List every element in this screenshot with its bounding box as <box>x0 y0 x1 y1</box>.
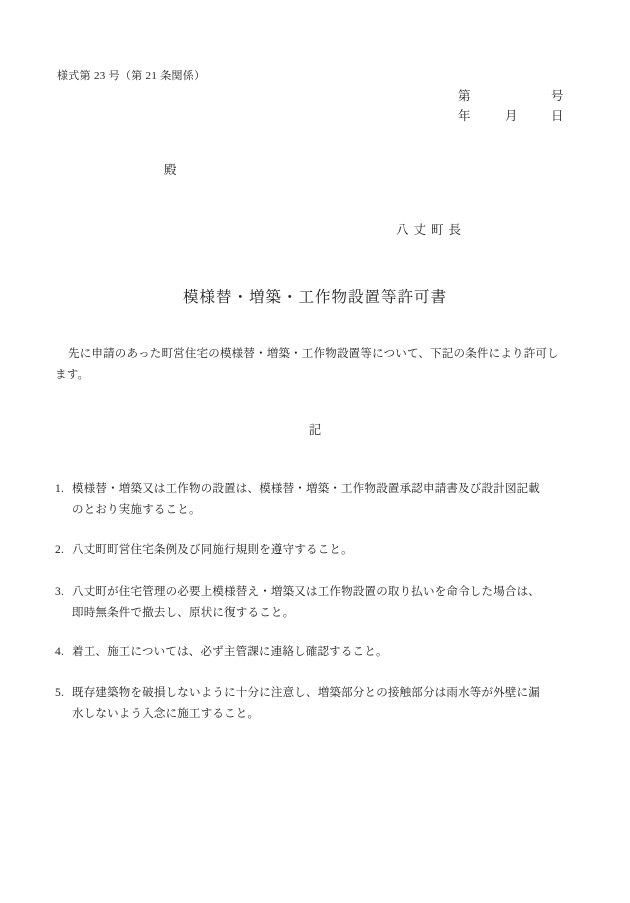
document-number-suffix: 号 <box>551 86 564 104</box>
record-marker: 記 <box>0 420 630 438</box>
form-number: 様式第 23 号（第 21 条関係） <box>57 67 205 83</box>
condition-item-1: 1. 模様替・増築又は工作物の設置は、模様替・増築・工作物設置承認申請書及び設計… <box>55 479 605 521</box>
permit-document-page: 様式第 23 号（第 21 条関係） 第 号 年 月 日 殿 八丈町長 模様替・… <box>0 0 630 903</box>
intro-paragraph: 先に申請のあった町営住宅の模様替・増築・工作物設置等について、下記の条件により許… <box>55 344 600 385</box>
condition-item-2: 2. 八丈町町営住宅条例及び同施行規則を遵守すること。 <box>55 540 605 561</box>
condition-number: 4. <box>55 642 64 663</box>
condition-item-4: 4. 着工、施工については、必ず主管課に連絡し確認すること。 <box>55 642 605 663</box>
date-year-label: 年 <box>458 106 471 124</box>
condition-item-3: 3. 八丈町が住宅管理の必要上模様替え・増築又は工作物設置の取り払いを命令した場… <box>55 582 605 624</box>
condition-number: 5. <box>55 683 64 704</box>
document-number-prefix: 第 <box>458 86 471 104</box>
condition-text: 八丈町が住宅管理の必要上模様替え・増築又は工作物設置の取り払いを命令した場合は、… <box>72 586 540 619</box>
date-day-label: 日 <box>551 106 564 124</box>
condition-number: 3. <box>55 582 64 603</box>
condition-number: 2. <box>55 540 64 561</box>
condition-text: 既存建築物を破損しないように十分に注意し、増築部分との接触部分は雨水等が外壁に漏… <box>72 687 540 720</box>
condition-item-5: 5. 既存建築物を破損しないように十分に注意し、増築部分との接触部分は雨水等が外… <box>55 683 605 725</box>
condition-number: 1. <box>55 479 64 500</box>
condition-text: 八丈町町営住宅条例及び同施行規則を遵守すること。 <box>72 544 353 556</box>
addressee-honorific: 殿 <box>164 160 177 178</box>
condition-text: 着工、施工については、必ず主管課に連絡し確認すること。 <box>72 646 388 658</box>
condition-text: 模様替・増築又は工作物の設置は、模様替・増築・工作物設置承認申請書及び設計図記載… <box>72 483 540 516</box>
issuer-title: 八丈町長 <box>396 220 466 238</box>
document-title: 模様替・増築・工作物設置等許可書 <box>0 285 630 307</box>
date-month-label: 月 <box>505 106 518 124</box>
